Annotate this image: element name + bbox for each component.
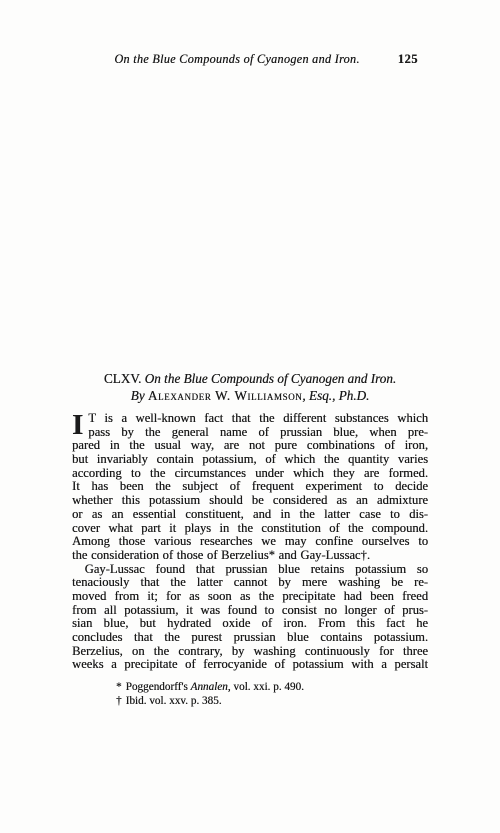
text-line: but invariably contain potassium, of whi…	[72, 453, 428, 467]
footnote-1-work-title: Annalen	[190, 681, 227, 693]
text-line: pass by the general name of prussian blu…	[88, 426, 428, 440]
text-line: pared in the usual way, are not pure com…	[72, 439, 428, 453]
text-line: T is a well-known fact that the differen…	[88, 412, 428, 426]
text-line: concludes that the purest prussian blue …	[72, 631, 428, 645]
text-line: from all potassium, it was found to cons…	[72, 604, 428, 618]
footnote-1-ref: , vol. xxi. p. 490.	[228, 681, 304, 693]
text-line: moved from it; for as soon as the precip…	[72, 590, 428, 604]
footnote-1: *Poggendorff's Annalen, vol. xxi. p. 490…	[116, 681, 428, 695]
text-line: whether this potassium should be conside…	[72, 494, 428, 508]
article-number: CLXV.	[104, 371, 142, 386]
article-title: CLXV. On the Blue Compounds of Cyanogen …	[72, 371, 428, 388]
article-body: I T is a well-known fact that the differ…	[72, 412, 428, 672]
paragraph-2: Gay-Lussac found that prussian blue reta…	[72, 563, 428, 673]
article-title-text: On the Blue Compounds of Cyanogen and Ir…	[145, 371, 397, 386]
text-line: It has been the subject of frequent expe…	[72, 480, 428, 494]
article-byline: By Alexander W. Williamson, Esq., Ph.D.	[72, 388, 428, 405]
author-name: Alexander W. Williamson	[148, 388, 302, 403]
page-number: 125	[398, 52, 418, 67]
paragraph-2-lines: Gay-Lussac found that prussian blue reta…	[72, 563, 428, 673]
footnote-1-text: Poggendorff's	[126, 681, 191, 693]
footnote-1-marker: *	[116, 681, 122, 695]
scanned-page: On the Blue Compounds of Cyanogen and Ir…	[0, 0, 500, 833]
text-line: tenaciously that the latter cannot by me…	[72, 576, 428, 590]
byline-prefix: By	[131, 388, 145, 403]
dropcap-initial: I	[72, 413, 83, 439]
text-line: or as an essential constituent, and in t…	[72, 508, 428, 522]
text-line: Among those various researches we may co…	[72, 535, 428, 549]
text-line: sian blue, but hydrated oxide of iron. F…	[72, 617, 428, 631]
running-header: On the Blue Compounds of Cyanogen and Ir…	[72, 52, 428, 68]
byline-suffix: , Esq., Ph.D.	[302, 388, 369, 403]
text-line: Gay-Lussac found that prussian blue reta…	[72, 563, 428, 577]
text-line: weeks a precipitate of ferrocyanide of p…	[72, 658, 428, 672]
footnotes: *Poggendorff's Annalen, vol. xxi. p. 490…	[72, 681, 428, 708]
paragraph-1-lines: T is a well-known fact that the differen…	[72, 412, 428, 549]
text-line: according to the circumstances under whi…	[72, 467, 428, 481]
text-line: Berzelius, on the contrary, by washing c…	[72, 645, 428, 659]
footnote-2-marker: †	[116, 695, 122, 709]
text-line: the consideration of those of Berzelius*…	[72, 549, 428, 563]
paragraph-1: I T is a well-known fact that the differ…	[72, 412, 428, 563]
article-title-block: CLXV. On the Blue Compounds of Cyanogen …	[72, 371, 428, 404]
running-header-title: On the Blue Compounds of Cyanogen and Ir…	[72, 52, 428, 67]
footnote-2-text: Ibid. vol. xxv. p. 385.	[126, 695, 222, 707]
footnote-2: †Ibid. vol. xxv. p. 385.	[116, 695, 428, 709]
text-line: cover what part it plays in the constitu…	[72, 522, 428, 536]
